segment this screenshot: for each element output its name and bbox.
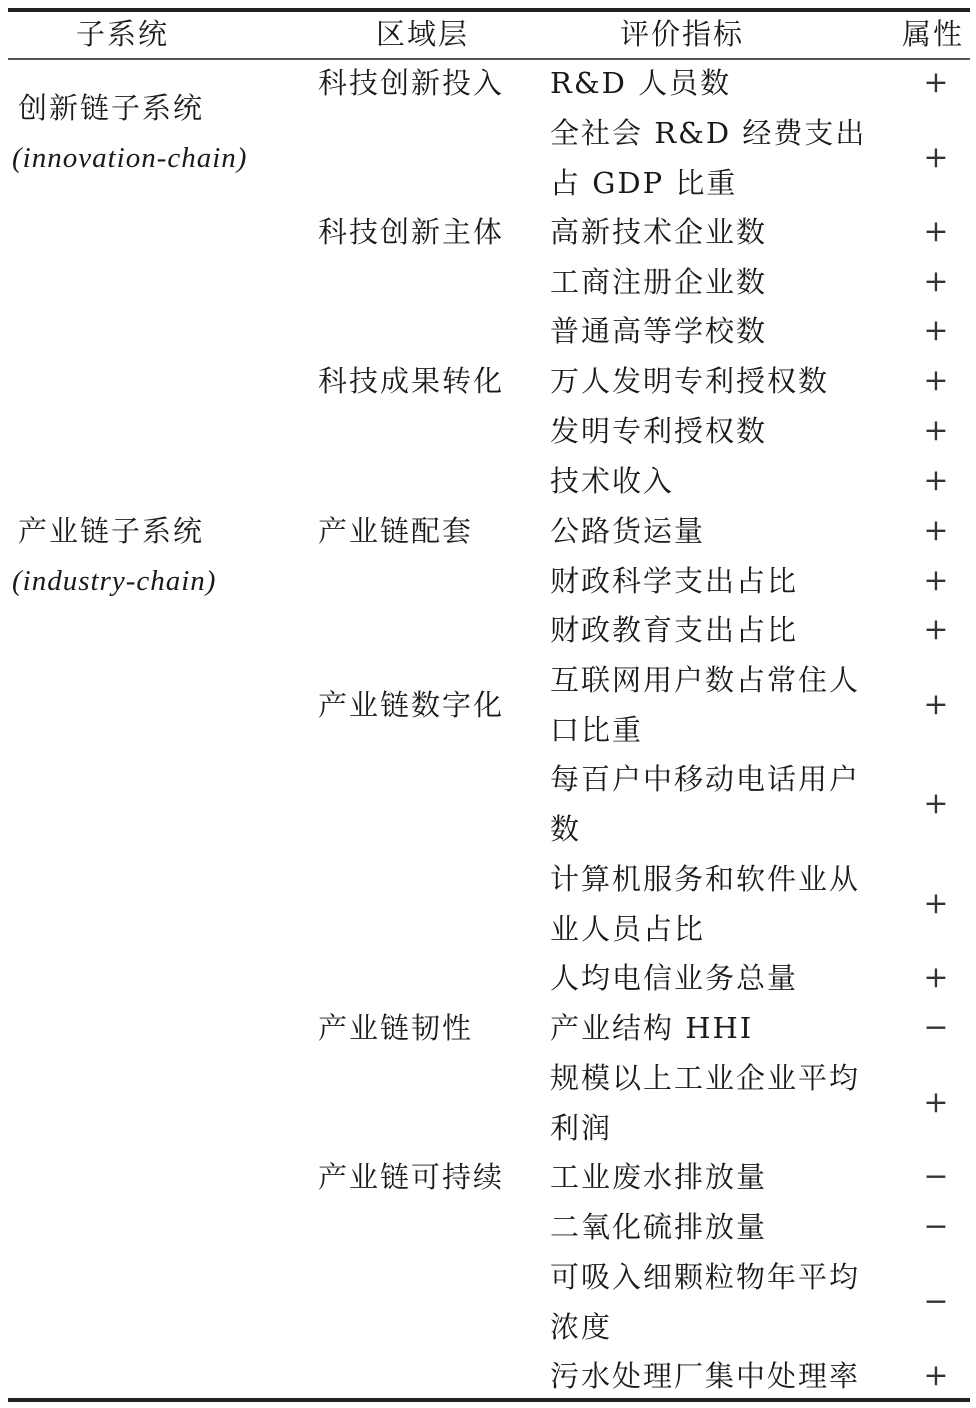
subsystem-industry: 产业链子系统 [18,506,204,556]
attr-1: + [918,133,954,183]
subsystem-innovation-en: (innovation-chain) [12,133,247,183]
indicator-19-line1: 可吸入细颗粒物年平均 [550,1252,860,1302]
indicator-5: 万人发明专利授权数 [550,356,829,406]
attr-19: − [918,1277,954,1327]
attr-12: + [918,779,954,829]
indicator-18: 二氧化硫排放量 [550,1202,767,1252]
indicator-1-line1: 全社会 R&D 经费支出 [550,108,866,158]
layer-industry-resilience: 产业链韧性 [318,1003,473,1053]
attr-5: + [918,356,954,406]
header-attribute: 属性 [902,9,964,59]
indicator-19-line2: 浓度 [550,1302,612,1352]
layer-tech-subject: 科技创新主体 [318,207,504,257]
layer-industry-sustainable: 产业链可持续 [318,1152,504,1202]
indicator-12-line1: 每百户中移动电话用户 [550,754,860,804]
indicator-7: 技术收入 [550,456,674,506]
indicator-15: 产业结构 HHI [550,1003,753,1053]
indicator-14: 人均电信业务总量 [550,953,798,1003]
indicator-4: 普通高等学校数 [550,306,767,356]
indicator-16-line1: 规模以上工业企业平均 [550,1053,860,1103]
attr-8: + [918,506,954,556]
indicator-6: 发明专利授权数 [550,406,767,456]
attr-14: + [918,953,954,1003]
indicator-13-line1: 计算机服务和软件业从 [550,854,860,904]
attr-17: − [918,1152,954,1202]
indicator-1-line2: 占 GDP 比重 [550,158,737,208]
indicator-16-line2: 利润 [550,1103,612,1153]
layer-tech-input: 科技创新投入 [318,58,504,108]
attr-3: + [918,257,954,307]
subsystem-industry-en: (industry-chain) [12,556,216,606]
indicator-17: 工业废水排放量 [550,1152,767,1202]
attr-10: + [918,605,954,655]
attr-9: + [918,556,954,606]
indicator-11-line2: 口比重 [550,705,643,755]
indicator-12-line2: 数 [550,804,581,854]
header-subsystem: 子系统 [76,9,169,59]
attr-11: + [918,680,954,730]
attr-7: + [918,456,954,506]
layer-industry-digital: 产业链数字化 [318,680,504,730]
indicator-13-line2: 业人员占比 [550,904,705,954]
indicator-10: 财政教育支出占比 [550,605,798,655]
layer-tech-transfer: 科技成果转化 [318,356,504,406]
attr-4: + [918,306,954,356]
indicator-3: 工商注册企业数 [550,257,767,307]
attr-20: + [918,1351,954,1401]
indicator-8: 公路货运量 [550,506,705,556]
indicator-20: 污水处理厂集中处理率 [550,1351,860,1401]
indicator-11-line1: 互联网用户数占常住人 [550,655,860,705]
header-indicator: 评价指标 [620,9,744,59]
header-layer: 区域层 [376,9,469,59]
indicator-9: 财政科学支出占比 [550,556,798,606]
layer-industry-support: 产业链配套 [318,506,473,556]
indicator-0: R&D 人员数 [550,58,731,108]
attr-2: + [918,207,954,257]
attr-0: + [918,58,954,108]
attr-15: − [918,1003,954,1053]
attr-13: + [918,879,954,929]
attr-6: + [918,406,954,456]
attr-18: − [918,1202,954,1252]
subsystem-innovation: 创新链子系统 [18,83,204,133]
attr-16: + [918,1078,954,1128]
indicator-2: 高新技术企业数 [550,207,767,257]
